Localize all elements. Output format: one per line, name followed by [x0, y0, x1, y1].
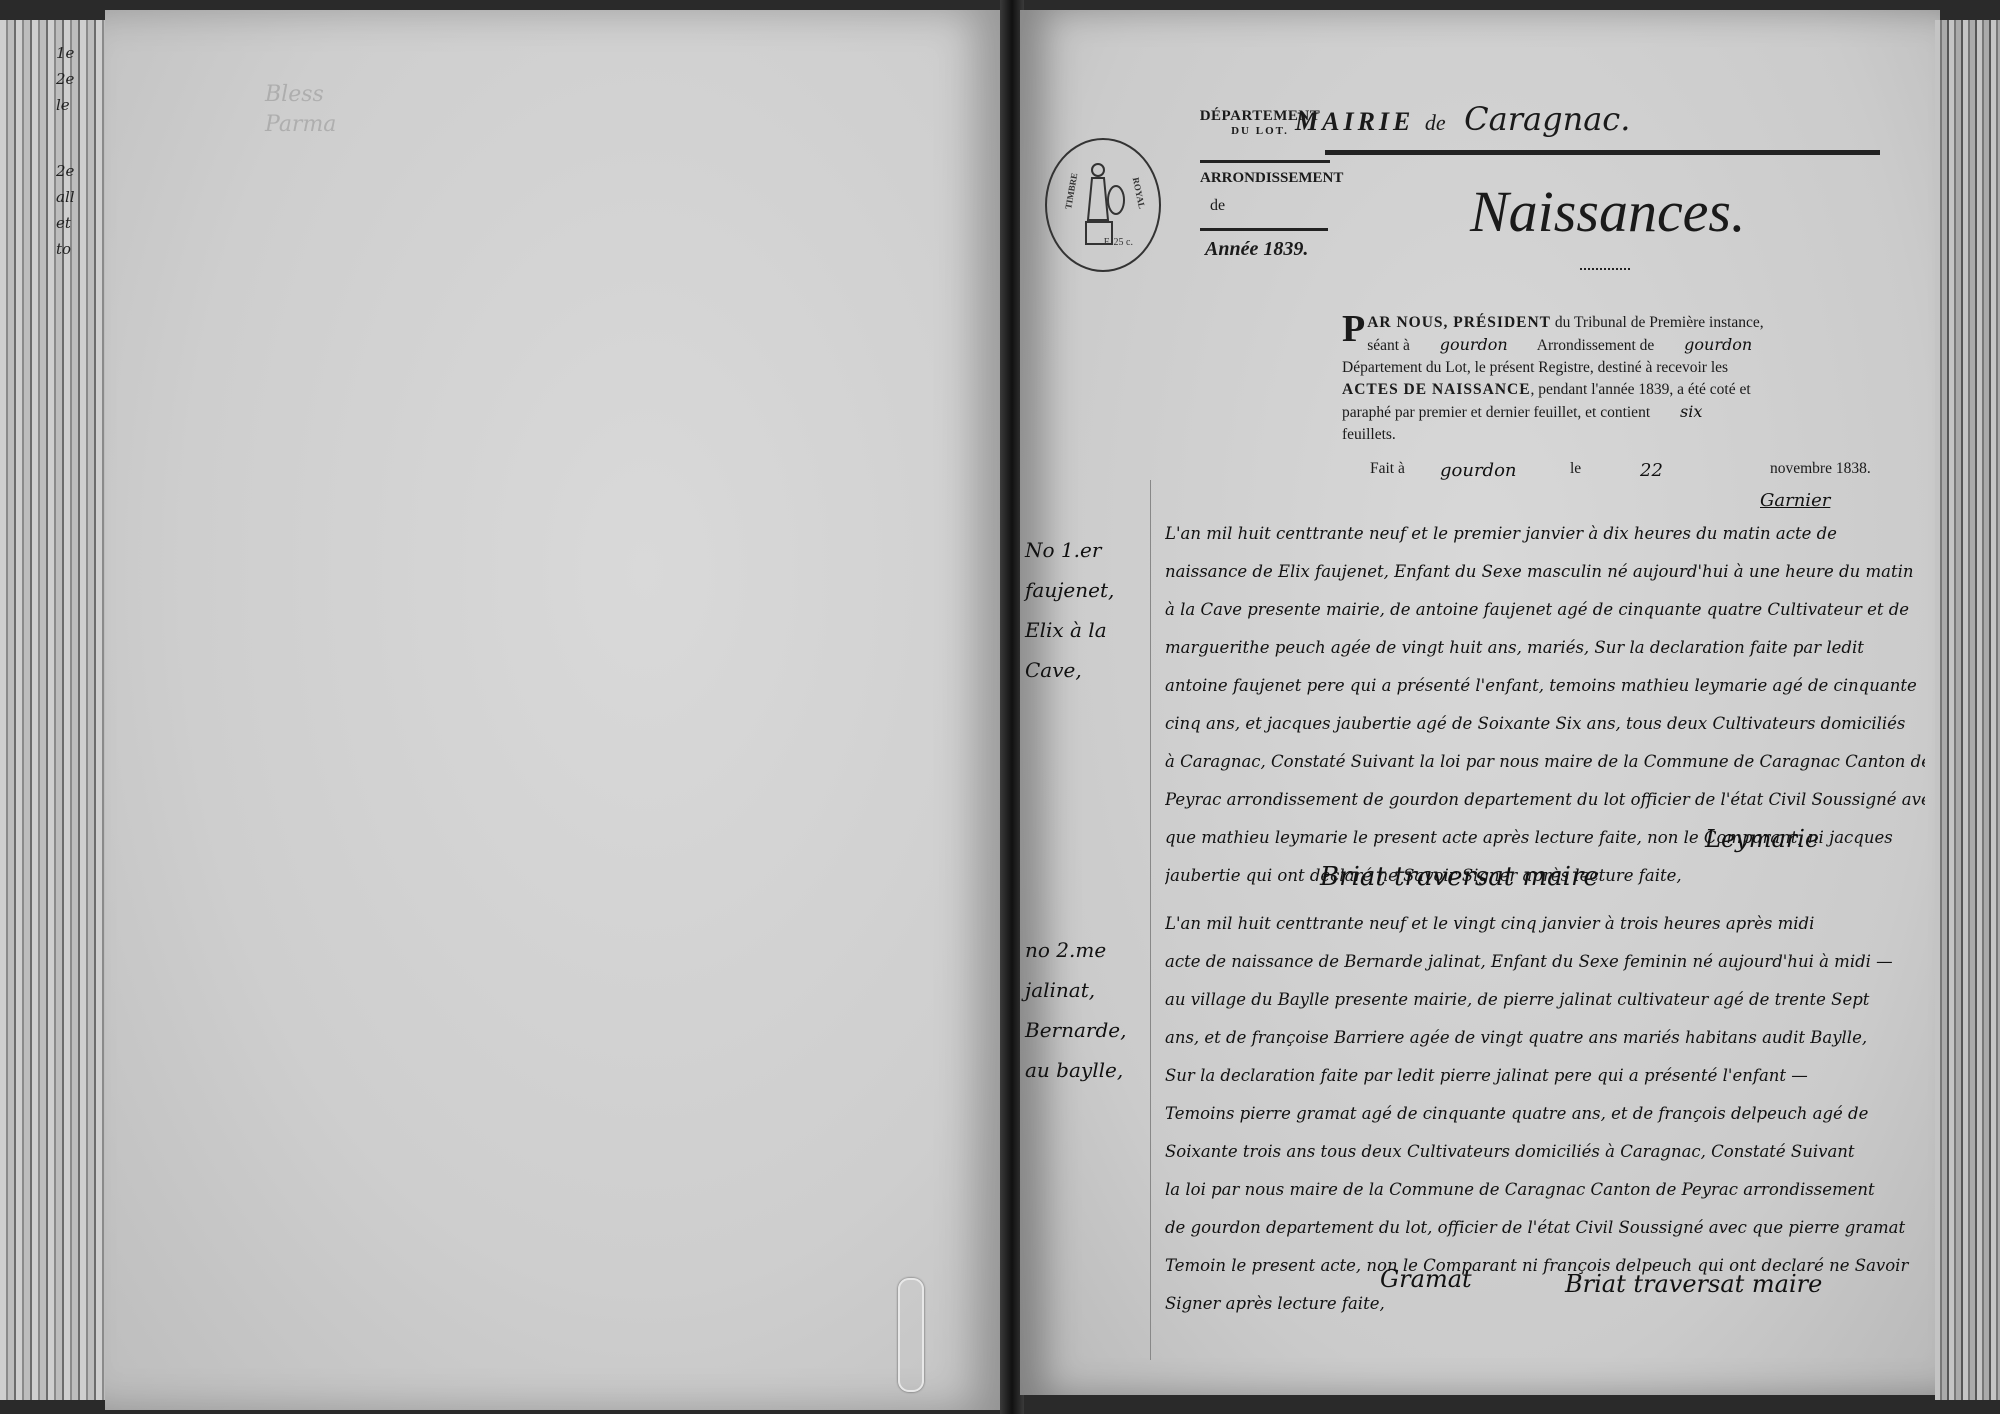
witness-signature: Leymarie: [1705, 825, 1819, 853]
act-line: la loi par nous maire de la Commune de C…: [1165, 1171, 1925, 1209]
act-2-margin: no 2.me jalinat, Bernarde, au baylle,: [1025, 930, 1150, 1090]
left-page-edges: 1e 2e le 2e all et to: [0, 20, 110, 1400]
act-line: Temoins pierre gramat agé de cinquante q…: [1165, 1095, 1925, 1133]
act-line: naissance de Elix faujenet, Enfant du Se…: [1165, 553, 1925, 591]
margin-rule: [1150, 480, 1151, 1360]
edge-note: et: [56, 210, 106, 236]
handwritten-field: six: [1680, 402, 1702, 421]
paper-clip: [898, 1278, 924, 1392]
act-line: de gourdon departement du lot, officier …: [1165, 1209, 1925, 1247]
edge-note: all: [56, 184, 106, 210]
edge-note: 2e: [56, 158, 106, 184]
act-line: Peyrac arrondissement de gourdon departe…: [1165, 781, 1925, 819]
edge-note: le: [56, 92, 106, 118]
commune-name-handwritten: Caragnac.: [1464, 100, 1630, 138]
mayor-signature: Briat traversat maire: [1320, 862, 1599, 892]
arrondissement-label: ARRONDISSEMENT: [1200, 170, 1343, 187]
register-book: 1e 2e le 2e all et to Bless Parma TIMBRE…: [0, 0, 2000, 1414]
handwritten-field: gourdon: [1440, 335, 1508, 354]
divider: [1200, 228, 1328, 231]
bleed-through-text: Bless Parma: [265, 80, 336, 140]
right-page-edges: [1935, 20, 2000, 1400]
handwritten-field: gourdon: [1440, 460, 1517, 481]
act-line: à Caragnac, Constaté Suivant la loi par …: [1165, 743, 1925, 781]
act-line: Soixante trois ans tous deux Cultivateur…: [1165, 1133, 1925, 1171]
royal-stamp-seal: TIMBRE ROYAL F. 25 c.: [1045, 138, 1161, 272]
year-label: Année 1839.: [1205, 238, 1308, 261]
certification-formula: P AR NOUS, PRÉSIDENT du Tribunal de Prem…: [1342, 312, 1882, 446]
act-line: Sur la declaration faite par ledit pierr…: [1165, 1057, 1925, 1095]
act-1-margin: No 1.er faujenet, Elix à la Cave,: [1025, 530, 1150, 690]
act-line: L'an mil huit centtrante neuf et le prem…: [1165, 515, 1925, 553]
ornament: [1580, 268, 1630, 274]
mayor-signature: Briat traversat maire: [1565, 1270, 1822, 1298]
act-line: acte de naissance de Bernarde jalinat, E…: [1165, 943, 1925, 981]
act-line: cinq ans, et jacques jaubertie agé de So…: [1165, 705, 1925, 743]
divider: [1200, 160, 1330, 163]
act-line: ans, et de françoise Barriere agée de vi…: [1165, 1019, 1925, 1057]
act-line: à la Cave presente mairie, de antoine fa…: [1165, 591, 1925, 629]
register-title: Naissances.: [1470, 178, 1746, 245]
act-line: marguerithe peuch agée de vingt huit ans…: [1165, 629, 1925, 667]
handwritten-field: 22: [1640, 460, 1663, 481]
witness-signature: Gramat: [1380, 1265, 1472, 1293]
edge-note: 2e: [56, 66, 106, 92]
mairie-heading: MAIRIE de Caragnac.: [1295, 100, 1630, 138]
edge-note: to: [56, 236, 106, 262]
edge-notes: 1e 2e le 2e all et to: [56, 40, 106, 262]
heading-rule: [1325, 150, 1880, 155]
act-line: L'an mil huit centtrante neuf et le ving…: [1165, 905, 1925, 943]
left-page-blank: Bless Parma: [105, 10, 1005, 1410]
president-signature: Garnier: [1760, 490, 1830, 511]
handwritten-field: gourdon: [1684, 335, 1752, 354]
arrondissement-de: de: [1210, 197, 1225, 215]
act-line: antoine faujenet pere qui a présenté l'e…: [1165, 667, 1925, 705]
act-line: au village du Baylle presente mairie, de…: [1165, 981, 1925, 1019]
edge-note: 1e: [56, 40, 106, 66]
act-2-body: L'an mil huit centtrante neuf et le ving…: [1165, 905, 1925, 1323]
